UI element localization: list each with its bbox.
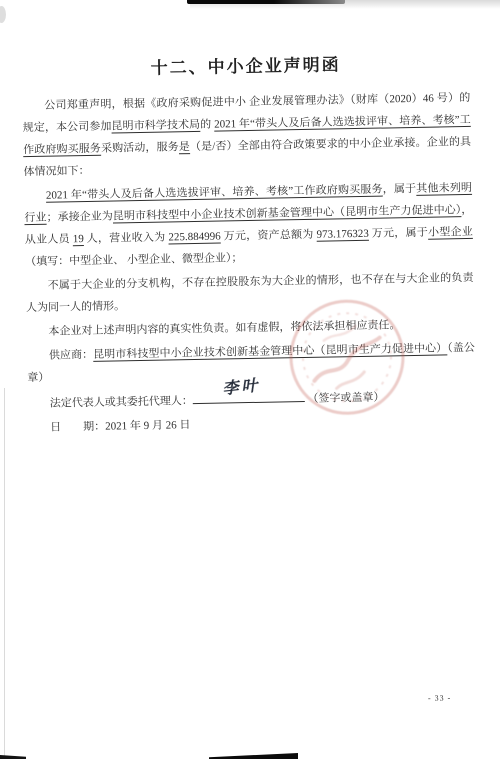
- paragraph-enterprise-details: 2021 年“带头人及后备人选选拔评审、培养、考核”工作政府购买服务，属于其他未…: [24, 177, 474, 273]
- underlined-fill-in: 973.176323: [316, 228, 368, 241]
- underlined-fill-in: 是: [179, 141, 190, 153]
- legal-rep-label: 法定代表人或其委托代理人：: [50, 395, 193, 410]
- page-title: 十二、中小企业声明函: [0, 47, 496, 81]
- underlined-fill-in: 昆明市科技型中小企业技术创新基金管理中心（昆明市生产力促进中心）: [113, 204, 462, 222]
- underlined-fill-in: 2021 年“带头人及后备人选选拔评审、培养、考核”工作政府购买服务: [46, 184, 383, 202]
- text-segment: 万元，属于: [369, 227, 428, 240]
- text-segment: 不属于大企业的分支机构，不存在控股股东为大企业的情形，也不存在与大企业的负责人为…: [26, 272, 474, 314]
- underlined-fill-in: 225.884996: [168, 231, 220, 244]
- signature-blank-line: 李叶: [193, 386, 305, 404]
- text-segment: 本企业对上述声明内容的真实性负责。如有虚假，将依法承担相应责任。: [48, 319, 400, 337]
- underlined-fill-in: 小型企业: [428, 226, 473, 239]
- document-body: 公司郑重声明，根据《政府采购促进中小 企业发展管理办法》（财库（2020）46 …: [0, 86, 500, 439]
- text-segment: （填写：中型企业、 小型企业、微型企业）；: [25, 252, 242, 268]
- text-segment: 万元，资产总额为: [221, 229, 317, 243]
- document-page: 十二、中小企业声明函 公司郑重声明，根据《政府采购促进中小 企业发展管理办法》（…: [0, 0, 500, 759]
- text-segment: ，属于: [383, 183, 417, 196]
- text-segment: 供应商：: [49, 349, 93, 362]
- text-segment: 人，营业收入为: [84, 231, 169, 245]
- underlined-fill-in: 昆明市科学技术局: [111, 119, 200, 133]
- page-number: - 33 -: [428, 693, 451, 702]
- text-segment: ；承接企业为: [46, 210, 113, 223]
- paragraph-not-large-enterprise: 不属于大企业的分支机构，不存在控股股东为大企业的情形，也不存在与大企业的负责人为…: [25, 267, 474, 319]
- legal-rep-suffix: （签字或盖章）: [307, 392, 384, 405]
- underlined-fill-in: 19: [73, 233, 84, 245]
- underlined-fill-in: 昆明市科技型中小企业技术创新基金管理中心（昆明市生产力促进中心）: [93, 342, 447, 360]
- scan-edge-top-bar: [187, 0, 345, 4]
- text-segment: 的: [200, 119, 214, 131]
- text-segment: 采购活动，服务: [101, 141, 179, 154]
- paragraph-declaration: 公司郑重声明，根据《政府采购促进中小 企业发展管理办法》（财库（2020）46 …: [22, 87, 472, 183]
